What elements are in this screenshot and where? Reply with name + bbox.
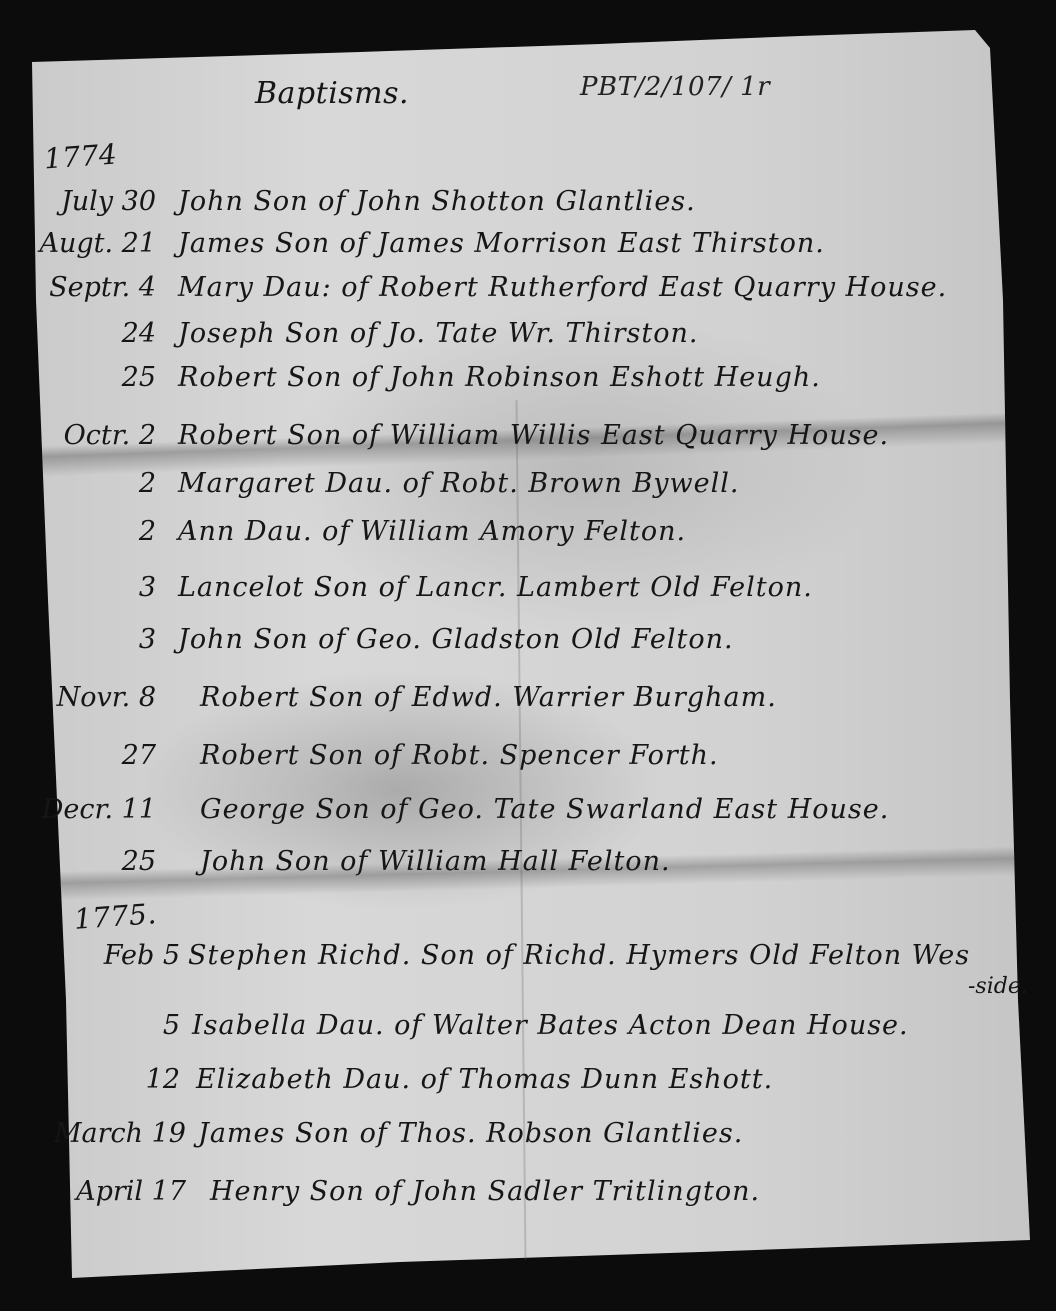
entry-date: Septr. 4 — [49, 272, 156, 303]
entry-text: Ann Dau. of William Amory Felton. — [178, 516, 686, 547]
entry-text: Isabella Dau. of Walter Bates Acton Dean… — [192, 1010, 909, 1041]
entry-text: Stephen Richd. Son of Richd. Hymers Old … — [188, 940, 970, 971]
entry-continuation: -side. — [968, 974, 1028, 999]
entry-date: 25 — [122, 846, 156, 877]
entry-text: James Son of James Morrison East Thirsto… — [178, 228, 825, 259]
register-entry: 5 Isabella Dau. of Walter Bates Acton De… — [0, 1010, 1056, 1060]
entry-text: John Son of John Shotton Glantlies. — [178, 186, 696, 217]
register-entry: 12 Elizabeth Dau. of Thomas Dunn Eshott. — [0, 1064, 1056, 1114]
entry-date: 2 — [139, 516, 156, 547]
entry-text: John Son of William Hall Felton. — [200, 846, 671, 877]
entry-text: George Son of Geo. Tate Swarland East Ho… — [200, 794, 889, 825]
entry-text: John Son of Geo. Gladston Old Felton. — [178, 624, 734, 655]
entry-date: 2 — [139, 468, 156, 499]
register-entry: Octr. 2 Robert Son of William Willis Eas… — [0, 420, 1056, 470]
page-title: Baptisms. — [255, 76, 409, 111]
archive-reference: PBT/2/107/ 1r — [580, 72, 770, 102]
entry-text: Joseph Son of Jo. Tate Wr. Thirston. — [178, 318, 698, 349]
entry-date: Novr. 8 — [57, 682, 156, 713]
register-entry: 24 Joseph Son of Jo. Tate Wr. Thirston. — [0, 318, 1056, 368]
entry-date: Augt. 21 — [39, 228, 156, 259]
register-entry: 25 John Son of William Hall Felton. — [0, 846, 1056, 896]
register-entry: 2 Margaret Dau. of Robt. Brown Bywell. — [0, 468, 1056, 518]
register-entry: 3 John Son of Geo. Gladston Old Felton. — [0, 624, 1056, 674]
entry-date: 27 — [122, 740, 156, 771]
year-heading: 1774 — [43, 137, 118, 175]
entry-text: Robert Son of John Robinson Eshott Heugh… — [178, 362, 821, 393]
entry-date: 12 — [146, 1064, 180, 1095]
register-entry: April 17 Henry Son of John Sadler Tritli… — [0, 1176, 1056, 1226]
entry-date: 5 — [163, 1010, 180, 1041]
entry-text: Elizabeth Dau. of Thomas Dunn Eshott. — [196, 1064, 773, 1095]
entry-text: James Son of Thos. Robson Glantlies. — [198, 1118, 743, 1149]
entry-date: 3 — [139, 572, 156, 603]
entry-text: Robert Son of William Willis East Quarry… — [178, 420, 889, 451]
entry-date: Feb 5 — [104, 940, 180, 971]
register-entry: Decr. 11 George Son of Geo. Tate Swarlan… — [0, 794, 1056, 844]
entry-date: 25 — [122, 362, 156, 393]
entry-text: Robert Son of Robt. Spencer Forth. — [200, 740, 719, 771]
entry-date: 3 — [139, 624, 156, 655]
entry-date: March 19 — [54, 1118, 186, 1149]
entry-date: July 30 — [61, 186, 156, 217]
entry-date: Octr. 2 — [64, 420, 156, 451]
entry-date: Decr. 11 — [42, 794, 156, 825]
register-entry: Feb 5 Stephen Richd. Son of Richd. Hymer… — [0, 940, 1056, 990]
entry-text: Lancelot Son of Lancr. Lambert Old Felto… — [178, 572, 813, 603]
register-entry: Augt. 21 James Son of James Morrison Eas… — [0, 228, 1056, 278]
entry-text: Mary Dau: of Robert Rutherford East Quar… — [178, 272, 947, 303]
register-entry: 3 Lancelot Son of Lancr. Lambert Old Fel… — [0, 572, 1056, 622]
entry-date: 24 — [122, 318, 156, 349]
entry-text: Robert Son of Edwd. Warrier Burgham. — [200, 682, 777, 713]
entry-date: April 17 — [76, 1176, 186, 1207]
entry-text: Margaret Dau. of Robt. Brown Bywell. — [178, 468, 740, 499]
register-entry: March 19 James Son of Thos. Robson Glant… — [0, 1118, 1056, 1168]
register-entry: Novr. 8 Robert Son of Edwd. Warrier Burg… — [0, 682, 1056, 732]
register-entry: Septr. 4 Mary Dau: of Robert Rutherford … — [0, 272, 1056, 322]
register-entry: 25 Robert Son of John Robinson Eshott He… — [0, 362, 1056, 412]
register-entry: 2 Ann Dau. of William Amory Felton. — [0, 516, 1056, 566]
document-scan: Baptisms. PBT/2/107/ 1r 1774 July 30 Joh… — [0, 0, 1056, 1311]
year-heading: 1775. — [73, 897, 158, 936]
register-entry: 27 Robert Son of Robt. Spencer Forth. — [0, 740, 1056, 790]
entry-text: Henry Son of John Sadler Tritlington. — [210, 1176, 760, 1207]
